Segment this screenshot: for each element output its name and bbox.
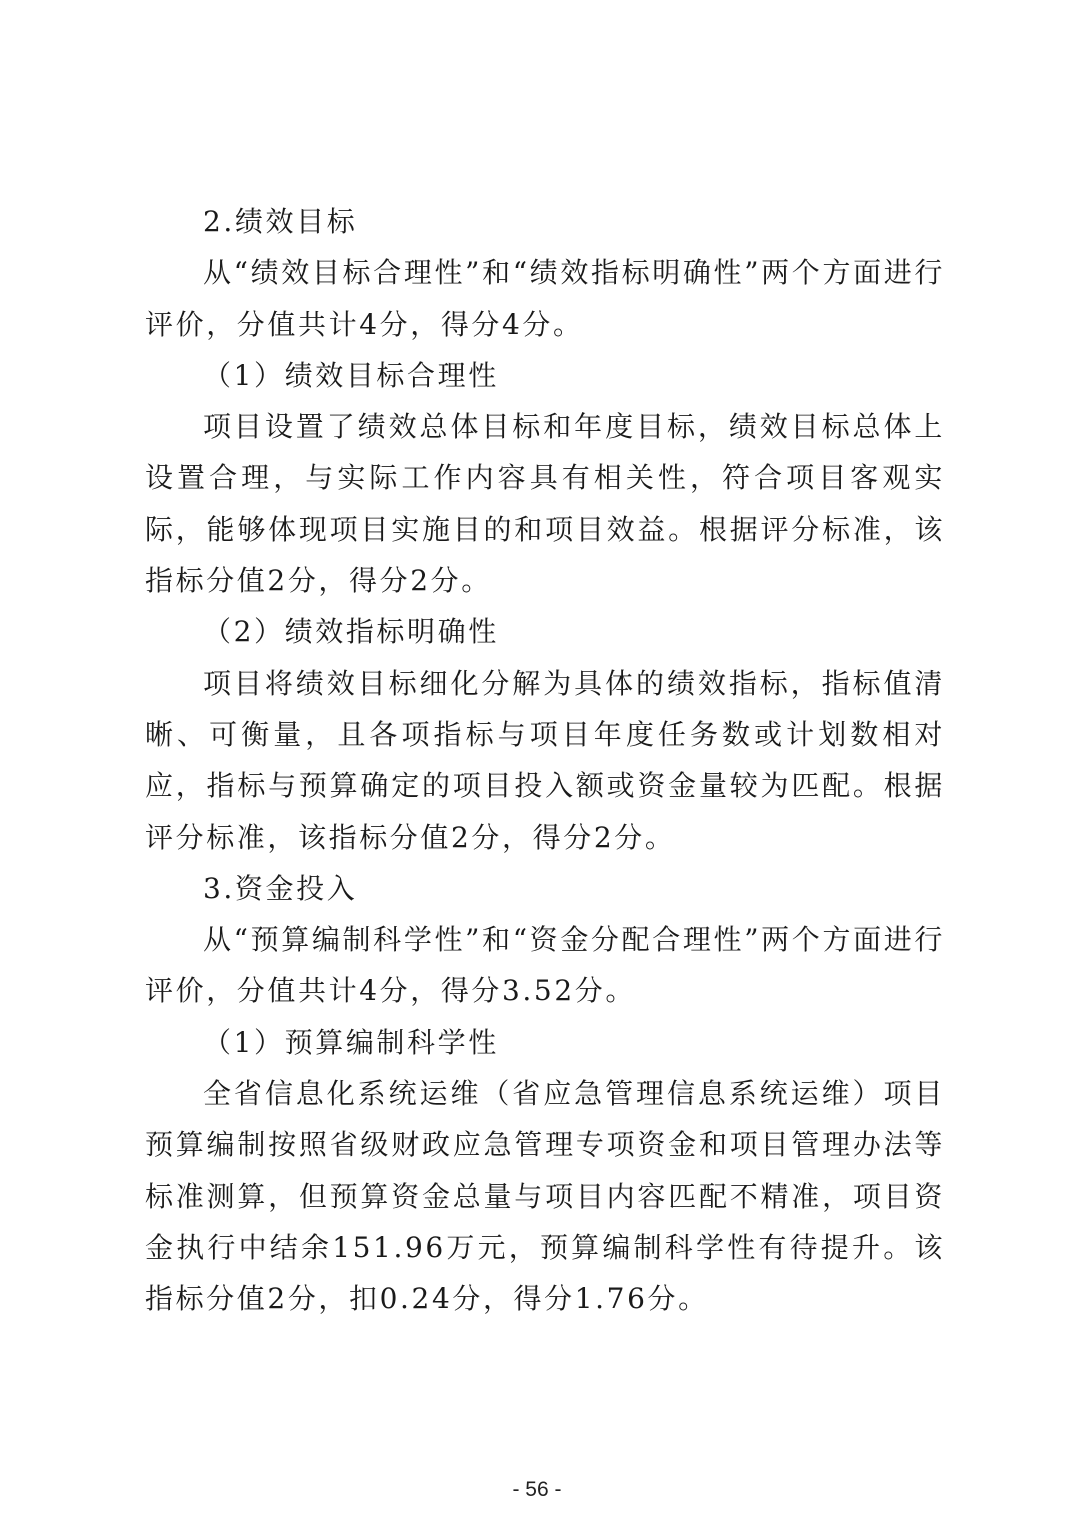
page-number: - 56 - (0, 1478, 1074, 1502)
subheading-goal-rationality: （1）绩效目标合理性 (145, 350, 945, 401)
subheading-indicator-clarity: （2）绩效指标明确性 (145, 606, 945, 657)
paragraph-indicator-clarity: 项目将绩效目标细化分解为具体的绩效指标，指标值清晰、可衡量，且各项指标与项目年度… (145, 658, 945, 863)
paragraph-performance-goals-summary: 从“绩效目标合理性”和“绩效指标明确性”两个方面进行评价，分值共计4分，得分4分… (145, 247, 945, 350)
paragraph-goal-rationality: 项目设置了绩效总体目标和年度目标，绩效目标总体上设置合理，与实际工作内容具有相关… (145, 401, 945, 606)
section-heading-funding-input: 3.资金投入 (145, 863, 945, 914)
section-heading-performance-goals: 2.绩效目标 (145, 196, 945, 247)
subheading-budget-scientificity: （1）预算编制科学性 (145, 1017, 945, 1068)
paragraph-budget-scientificity: 全省信息化系统运维（省应急管理信息系统运维）项目预算编制按照省级财政应急管理专项… (145, 1068, 945, 1324)
paragraph-funding-input-summary: 从“预算编制科学性”和“资金分配合理性”两个方面进行评价，分值共计4分，得分3.… (145, 914, 945, 1017)
document-page: 2.绩效目标 从“绩效目标合理性”和“绩效指标明确性”两个方面进行评价，分值共计… (145, 196, 945, 1325)
